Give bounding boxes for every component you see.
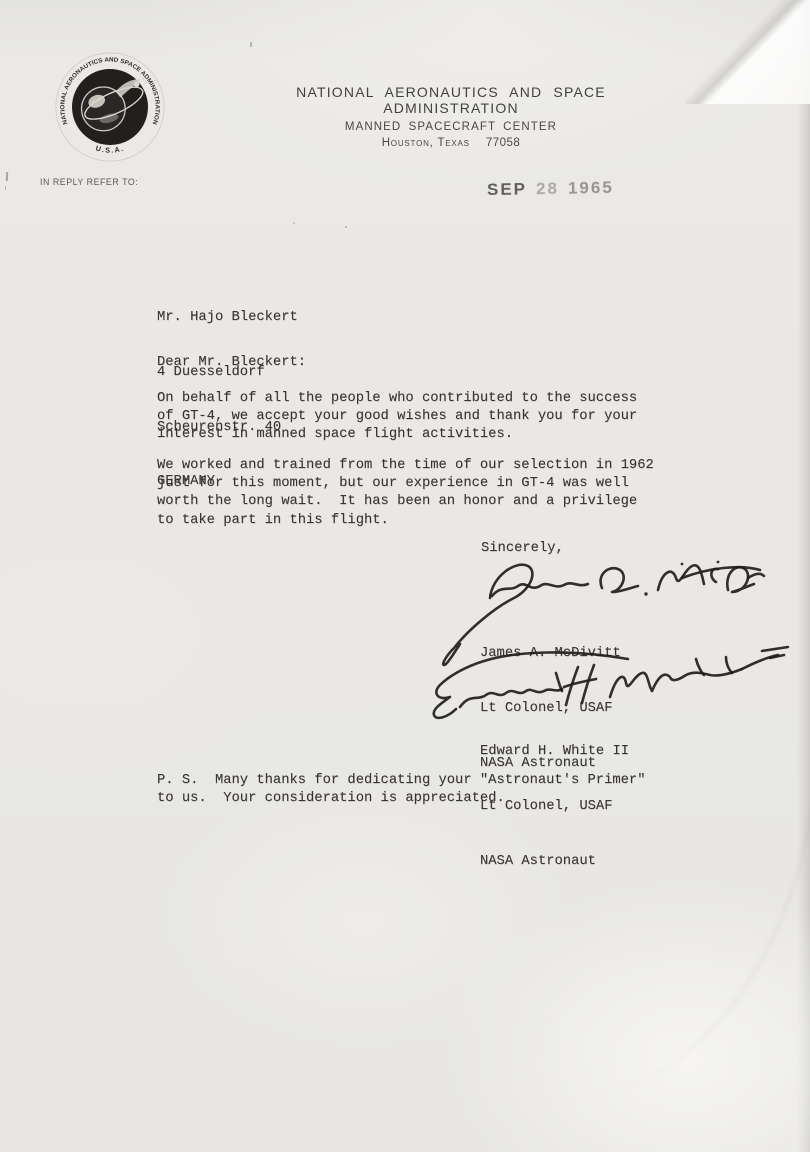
scanned-letter-page: NATIONAL AERONAUTICS AND SPACE ADMINISTR…	[0, 0, 810, 1152]
scan-artifact-speck	[293, 222, 295, 224]
zip-code: 77058	[486, 137, 520, 149]
letterhead: NATIONAL AERONAUTICS AND SPACE ADMINISTR…	[246, 84, 656, 149]
body-paragraph-2: We worked and trained from the time of o…	[157, 457, 654, 530]
reply-reference-label: IN REPLY REFER TO:	[40, 177, 138, 187]
city-state: Houston, Texas	[382, 137, 470, 149]
scan-artifact-tick	[5, 186, 6, 190]
stamp-year: 1965	[568, 178, 614, 198]
scan-artifact-speck	[250, 42, 252, 47]
signer-name: Edward H. White II	[480, 743, 629, 761]
postscript: P. S. Many thanks for dedicating your "A…	[157, 772, 646, 808]
body-paragraph-1: On behalf of all the people who contribu…	[157, 390, 637, 445]
nasa-seal: NATIONAL AERONAUTICS AND SPACE ADMINISTR…	[53, 50, 167, 164]
scan-artifact-speck	[345, 226, 347, 228]
date-stamp: SEP281965	[487, 178, 614, 200]
seal-satellite-icon	[134, 81, 140, 87]
signer-title: NASA Astronaut	[480, 853, 629, 871]
stamp-day: 28	[536, 179, 559, 198]
paper-crease-top-right	[686, 0, 810, 104]
address-line: Mr. Hajo Bleckert	[157, 309, 298, 327]
agency-name: NATIONAL AERONAUTICS AND SPACE ADMINISTR…	[246, 84, 656, 116]
center-name: MANNED SPACECRAFT CENTER	[246, 121, 656, 133]
stamp-month: SEP	[487, 179, 527, 199]
seal-usa-text: U.S.A.	[95, 144, 126, 155]
scan-artifact-tick	[6, 172, 8, 181]
salutation: Dear Mr. Bleckert:	[157, 354, 306, 372]
location-line: Houston, Texas77058	[246, 137, 656, 149]
